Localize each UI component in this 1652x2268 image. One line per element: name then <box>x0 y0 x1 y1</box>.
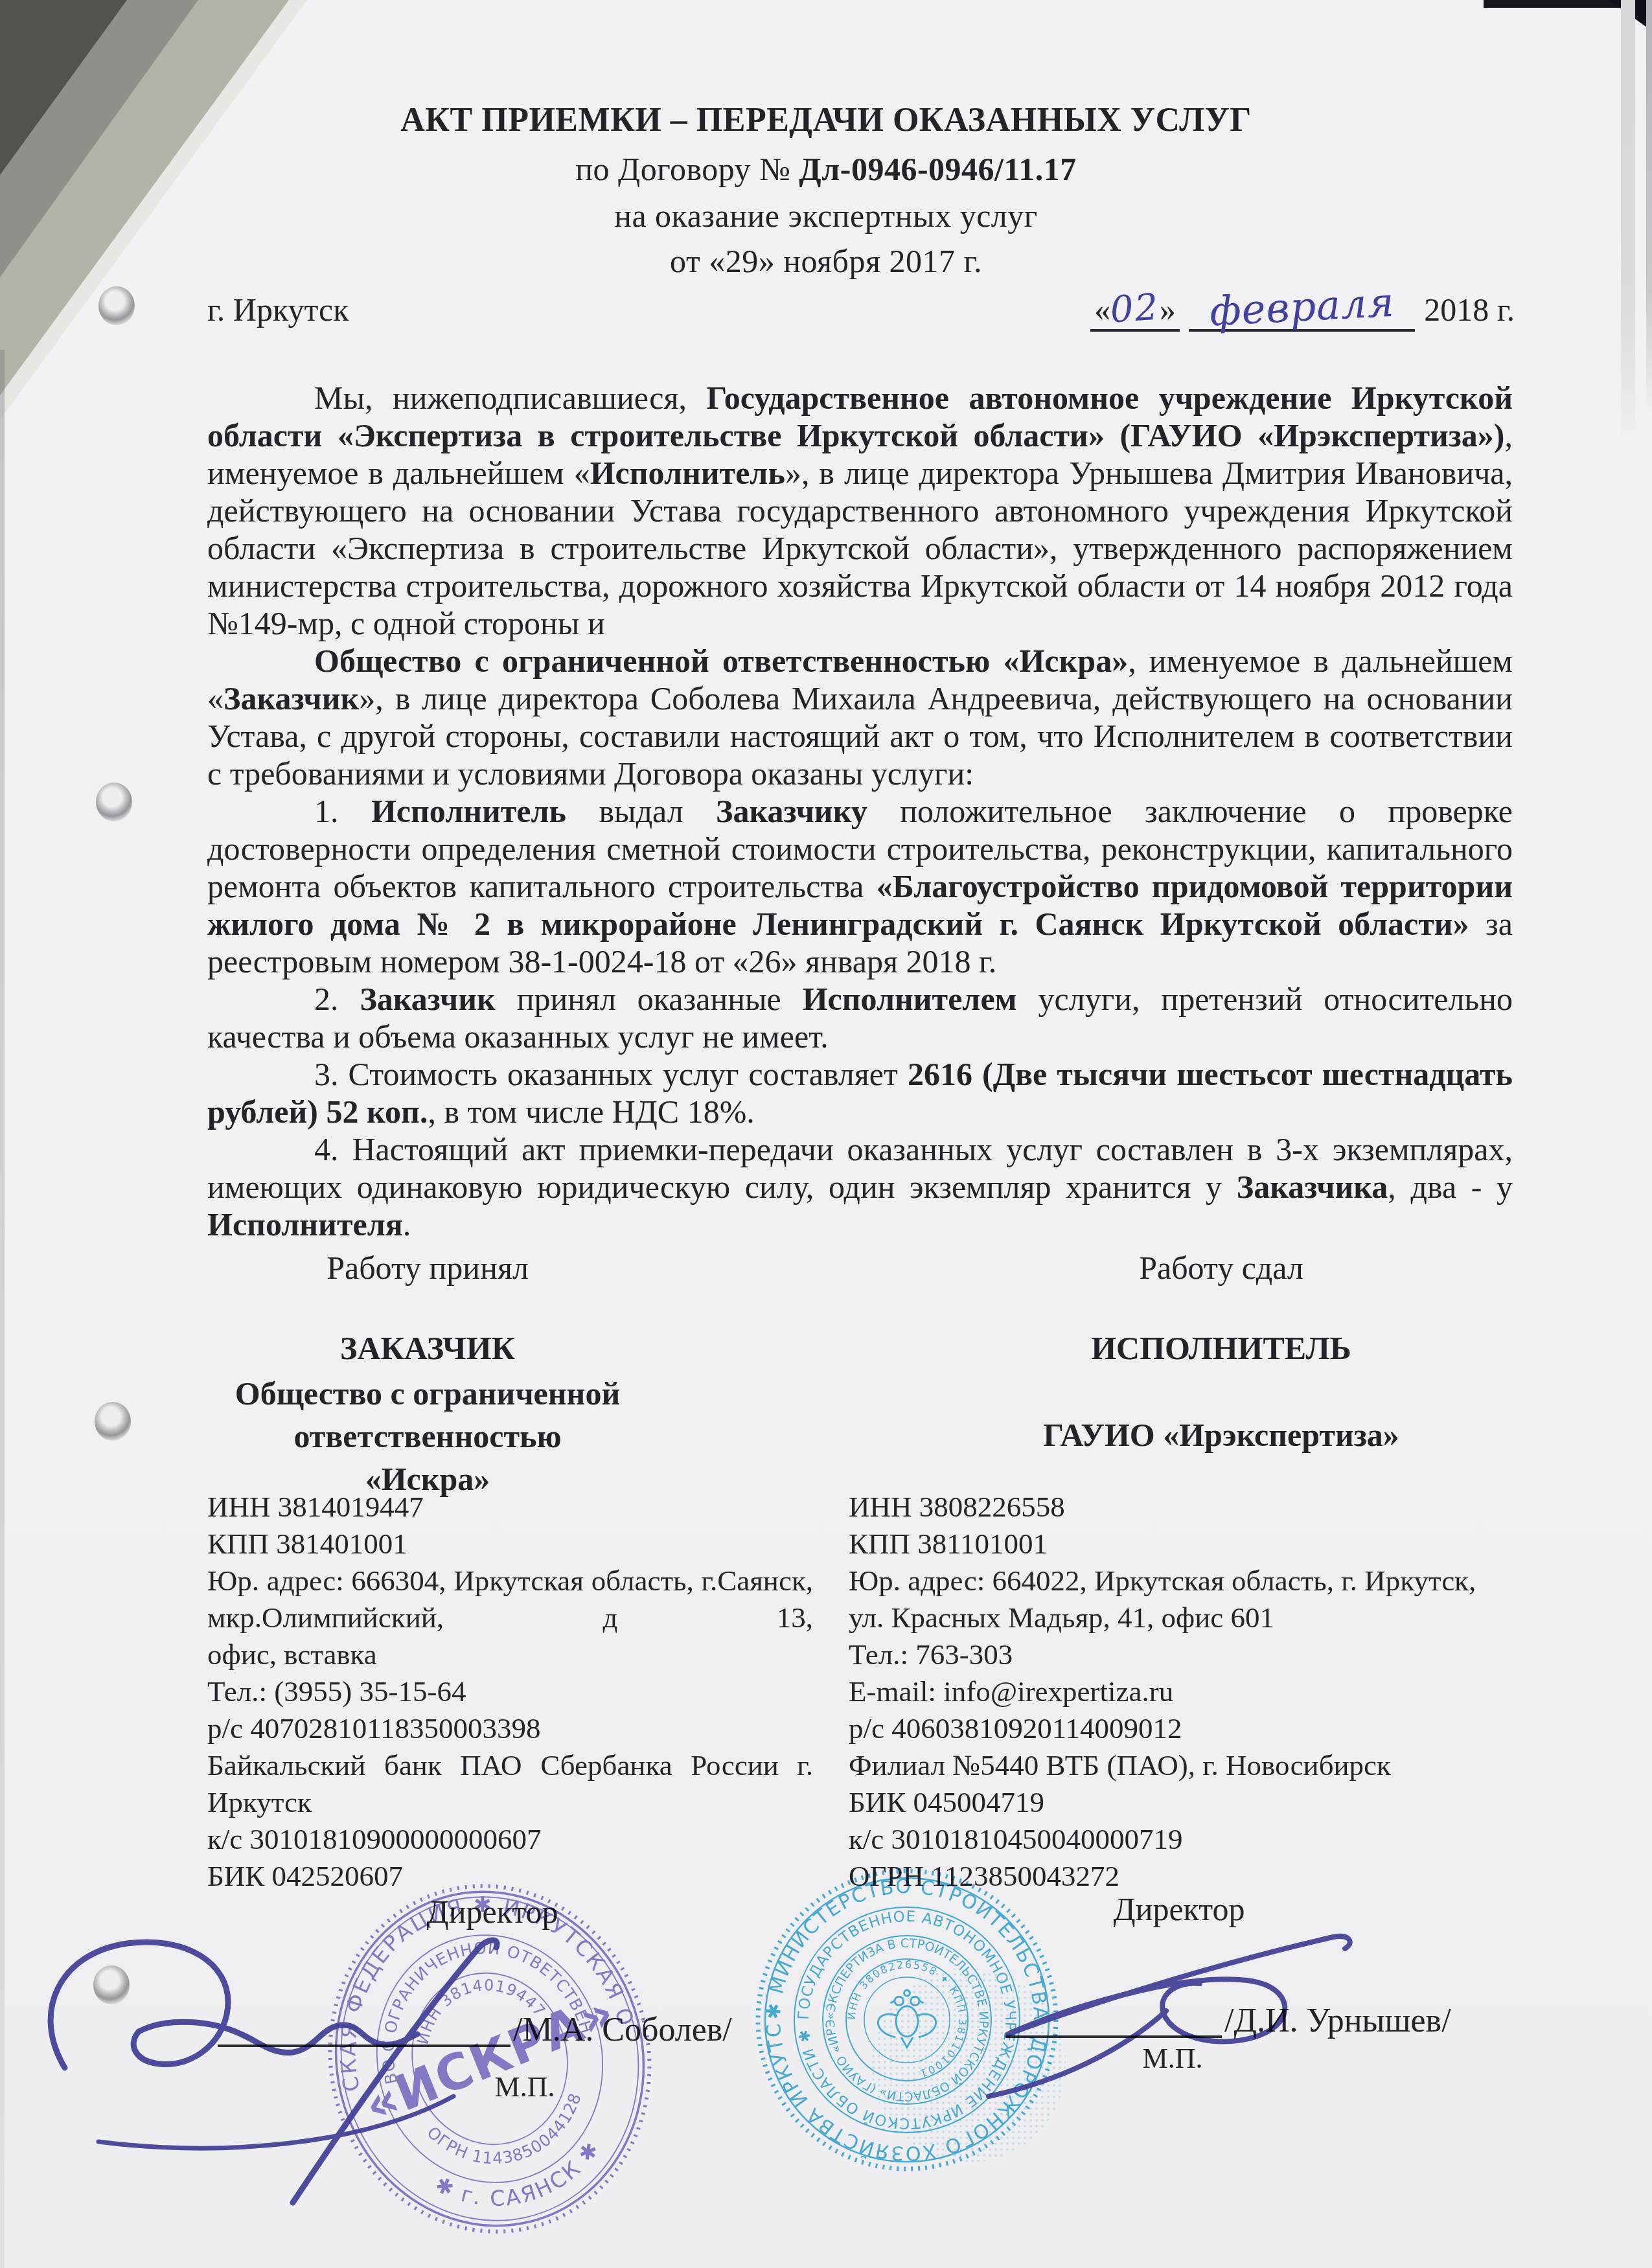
round-stamp-iskra: РОССИЙСКАЯ ФЕДЕРАЦИЯ ✱ ИРКУТСКАЯ ОБЛАСТЬ… <box>293 1852 685 2266</box>
document-page: АКТ ПРИЕМКИ – ПЕРЕДАЧИ ОКАЗАННЫХ УСЛУГ п… <box>0 0 1652 2268</box>
round-stamp-irexpertiza: ✱ МИНИСТЕРСТВО СТРОИТЕЛЬСТВА, ДОРОЖНОГО … <box>758 1871 1066 2169</box>
stamps-and-signatures-layer: РОССИЙСКАЯ ФЕДЕРАЦИЯ ✱ ИРКУТСКАЯ ОБЛАСТЬ… <box>0 0 1652 2268</box>
